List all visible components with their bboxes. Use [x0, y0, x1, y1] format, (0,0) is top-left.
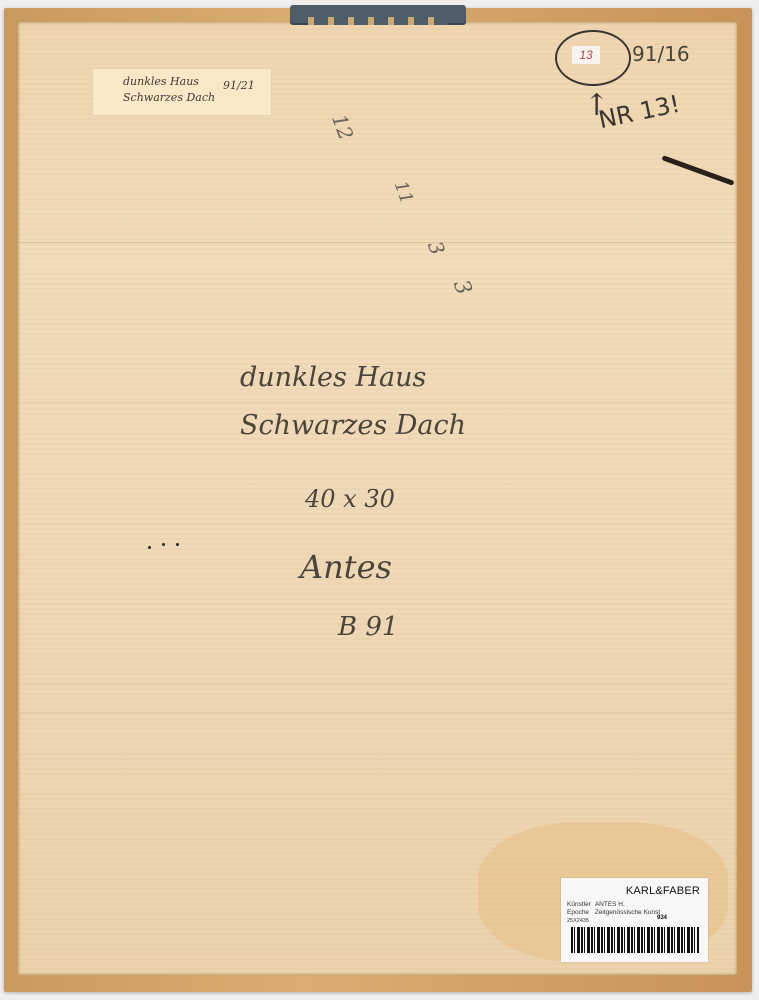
wood-grain	[18, 712, 737, 713]
inscription-date: B 91	[338, 612, 398, 642]
label-code: 25X2435	[567, 918, 589, 924]
inscription-title-line1: dunkles Haus	[240, 362, 426, 393]
inscription-dimensions: 40 x 30	[305, 485, 395, 513]
taped-title-label: dunkles Haus Schwarzes Dach 91/21	[92, 68, 272, 116]
barcode	[571, 927, 699, 953]
lot-number: 934	[657, 915, 667, 921]
wood-grain	[18, 402, 737, 403]
auction-label: KARL&FABER Künstler ANTES H. Epoche Zeit…	[561, 878, 708, 962]
inventory-number: 91/16	[632, 42, 690, 66]
inscription-signature: Antes	[300, 548, 392, 586]
tape-title-line1: dunkles Haus	[123, 75, 199, 88]
wood-speck	[148, 546, 151, 549]
tape-title-line2: Schwarzes Dach	[123, 91, 215, 104]
auction-house-name: KARL&FABER	[626, 885, 700, 897]
epoch-row: Epoche Zeitgenössische Kunst	[567, 909, 660, 916]
number-sticker: 13	[572, 46, 600, 64]
tape-number: 91/21	[223, 79, 255, 92]
wood-speck	[176, 543, 179, 546]
sawtooth-hanger	[290, 5, 466, 25]
artist-row: Künstler ANTES H.	[567, 901, 625, 908]
wood-grain	[18, 242, 737, 243]
inscription-title-line2: Schwarzes Dach	[240, 410, 466, 441]
wood-speck	[162, 543, 165, 546]
